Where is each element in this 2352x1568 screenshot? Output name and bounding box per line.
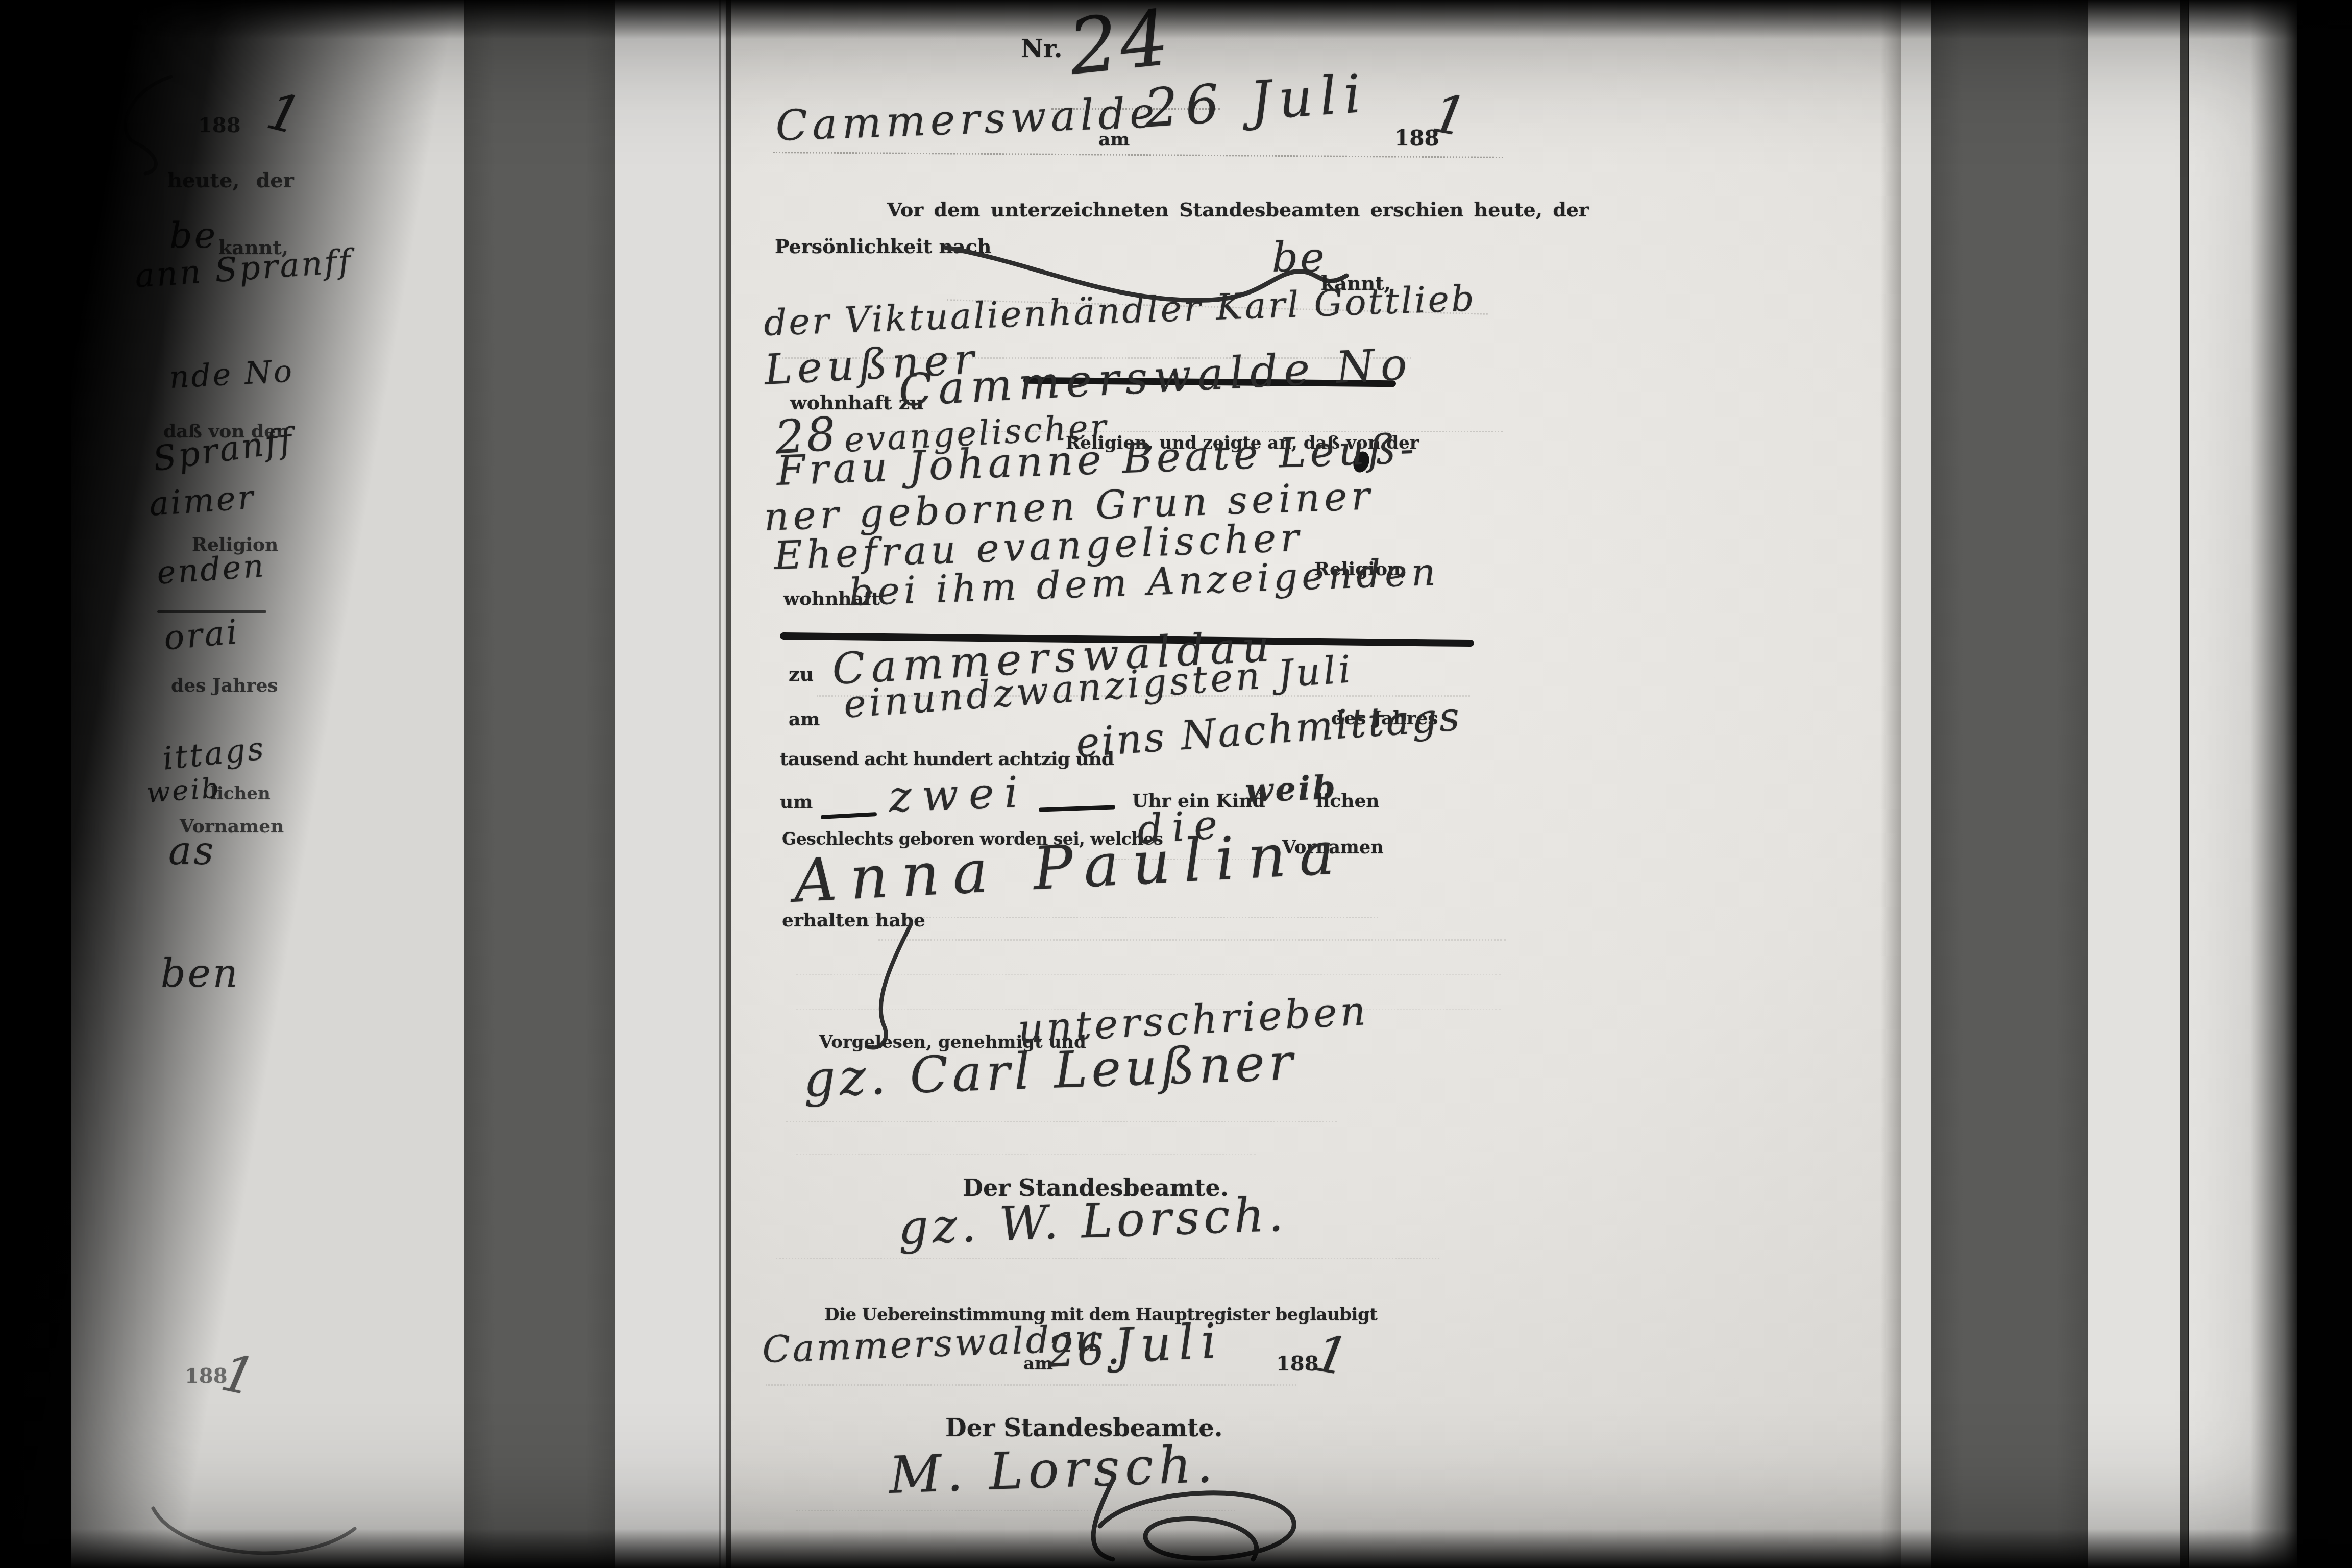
intro-line: Vor dem unterzeichneten Standesbeamten e… [887,198,1589,221]
right-page-edge-line [2180,0,2189,1568]
ruled-dotted-line [776,1258,1439,1259]
dateline-am-label: am [1098,129,1130,150]
prev-ink-flourish-bottom [148,1501,362,1568]
prev-year-printed: 188 [198,113,241,137]
ruled-dotted-line [786,1121,1337,1122]
ruled-dotted-line [796,1154,1256,1155]
prev-be-hand: be [169,214,217,256]
year-words-printed: tausend acht hundert achtzig und [780,748,1114,770]
certification-day: 26. [1046,1323,1123,1377]
prev-des-jahres: des Jahres [171,675,278,696]
ink-flourish-oval [1051,1465,1337,1567]
ruled-dotted-line [878,939,1506,941]
certification-line: Die Uebereinstimmung mit dem Hauptregist… [824,1305,1377,1325]
prev-lichen: lichen [210,783,271,804]
page-edge-line [726,0,731,1568]
film-photo: 188 1 heute, der be kannt, ann Spranff n… [0,0,2352,1568]
am-label: am [789,708,820,730]
film-band-left [464,0,615,1568]
right-gutter-strip [1901,0,1931,1568]
prev-ben-fragment: ben [161,950,240,996]
ruled-dotted-line [796,974,1501,975]
prev-rule [157,610,266,613]
um-label: um [780,791,813,813]
prev-ink-squiggle-top [105,71,191,179]
prev-residence-fragment: nde No [168,353,295,396]
ruled-dotted-line [766,1384,1296,1386]
lichen-label: lichen [1316,790,1380,812]
right-black-edge [2297,0,2352,1568]
bekannt-prefix-hand: be [1272,234,1327,281]
prev-place-fragment: orai [162,612,241,658]
record-number-label: Nr. [1021,35,1062,63]
film-band-right [1931,0,2088,1568]
prev-enden: enden [156,547,267,592]
prev-childname-fragment: as [168,828,215,873]
prev-maiden-name: aimer [148,479,256,524]
hour-hand: zwei [888,767,1029,821]
zu-label: zu [789,663,814,685]
page-right-shadow [1880,0,1901,1568]
page-gutter-strip [615,0,732,1568]
certification-month: Juli [1113,1313,1225,1375]
page-edge-line-faint [719,0,721,1568]
right-strip-2 [2088,0,2188,1568]
right-strip-3 [2189,0,2301,1568]
